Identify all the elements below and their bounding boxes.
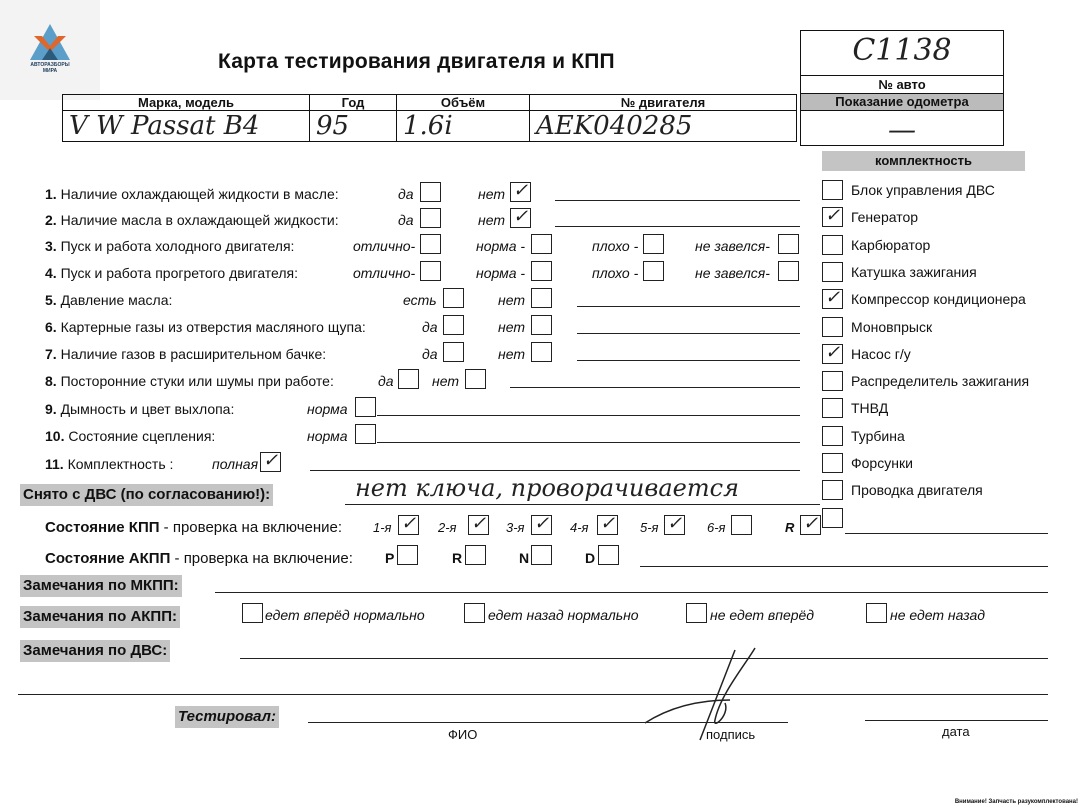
- checklist-item-text: Картерные газы из отверстия масляного щу…: [61, 319, 366, 335]
- option-checkbox[interactable]: [420, 261, 441, 281]
- gear-label: 4-я: [570, 520, 589, 535]
- gear-label: 5-я: [640, 520, 659, 535]
- check-mark-icon: ✓: [600, 515, 615, 533]
- vehicle-info-table: Марка, модель Год Объём № двигателя V W …: [62, 94, 797, 142]
- header-make-model: Марка, модель: [63, 95, 310, 111]
- odometer-value[interactable]: —: [801, 113, 1003, 146]
- option-label: да: [422, 319, 438, 335]
- tested-by-label: Тестировал:: [175, 706, 279, 728]
- checklist-item-label: 11. Комплектность :: [45, 456, 173, 472]
- komplektnost-checkbox-extra[interactable]: [822, 508, 843, 528]
- checklist-item-text: Пуск и работа прогретого двигателя:: [61, 265, 298, 281]
- footnote: Внимание! Запчасть разукомплектована!: [955, 799, 1078, 805]
- option-label: да: [398, 212, 414, 228]
- option-checkbox[interactable]: [443, 342, 464, 362]
- checklist-item-number: 3.: [45, 238, 61, 254]
- option-label: нет: [498, 346, 525, 362]
- checklist-item-text: Состояние сцепления:: [68, 428, 215, 444]
- remarks-extra-line: [18, 694, 1048, 695]
- akpp-remark-checkbox[interactable]: [686, 603, 707, 623]
- option-checkbox[interactable]: [643, 234, 664, 254]
- komplektnost-checkbox[interactable]: [822, 453, 843, 473]
- check-mark-icon: ✓: [513, 208, 528, 226]
- checklist-item-text: Дымность и цвет выхлопа:: [61, 401, 235, 417]
- option-checkbox[interactable]: [778, 261, 799, 281]
- option-label: есть: [403, 292, 437, 308]
- komplektnost-item-label: Генератор: [851, 209, 918, 225]
- option-label: плохо -: [592, 265, 638, 281]
- date-line[interactable]: [865, 720, 1048, 721]
- removed-value[interactable]: нет ключа, проворачивается: [355, 474, 739, 502]
- option-checkbox[interactable]: [531, 342, 552, 362]
- option-label: отлично-: [353, 265, 415, 281]
- akpp-remark-checkbox[interactable]: [464, 603, 485, 623]
- checklist-item-number: 5.: [45, 292, 61, 308]
- remarks-dvs-label: Замечания по ДВС:: [20, 640, 170, 662]
- checklist-item-number: 6.: [45, 319, 61, 335]
- option-checkbox[interactable]: [443, 315, 464, 335]
- komplektnost-item-label: Насос г/у: [851, 346, 911, 362]
- checklist-item-text: Пуск и работа холодного двигателя:: [61, 238, 295, 254]
- make-model-value[interactable]: V W Passat B4: [63, 111, 310, 142]
- option-checkbox[interactable]: [398, 369, 419, 389]
- header-volume: Объём: [397, 95, 530, 111]
- check-mark-icon: ✓: [534, 515, 549, 533]
- komplektnost-item-label: Компрессор кондиционера: [851, 291, 1026, 307]
- check-mark-icon: ✓: [825, 289, 840, 307]
- removed-line: [345, 504, 820, 505]
- checklist-item-label: 5. Давление масла:: [45, 292, 172, 308]
- gear-checkbox[interactable]: [731, 515, 752, 535]
- option-label: нет: [498, 292, 525, 308]
- komplektnost-item-label: Турбина: [851, 428, 905, 444]
- header-engine-number: № двигателя: [530, 95, 797, 111]
- check-mark-icon: ✓: [825, 207, 840, 225]
- akpp-remark-label: едет вперёд нормально: [265, 607, 425, 623]
- checklist-item-label: 8. Посторонние стуки или шумы при работе…: [45, 373, 334, 389]
- check-mark-icon: ✓: [667, 515, 682, 533]
- kpp-label: Состояние КПП - проверка на включение:: [45, 519, 342, 536]
- checklist-item-label: 9. Дымность и цвет выхлопа:: [45, 401, 234, 417]
- fio-label: ФИО: [448, 727, 477, 742]
- option-checkbox[interactable]: [420, 182, 441, 202]
- option-label: отлично-: [353, 238, 415, 254]
- akpp-remark-checkbox[interactable]: [866, 603, 887, 623]
- komplektnost-checkbox[interactable]: [822, 262, 843, 282]
- option-checkbox[interactable]: [778, 234, 799, 254]
- date-label: дата: [942, 724, 970, 739]
- gear-label: 3-я: [506, 520, 525, 535]
- komplektnost-item-label: ТНВД: [851, 400, 888, 416]
- check-mark-icon: ✓: [513, 182, 528, 200]
- gear-label: 1-я: [373, 520, 392, 535]
- akpp-position-checkbox[interactable]: [465, 545, 486, 565]
- akpp-position-label: D: [585, 550, 595, 566]
- option-label: да: [378, 373, 394, 389]
- option-label: полная: [212, 456, 258, 472]
- checklist-item-number: 7.: [45, 346, 61, 362]
- option-label: нет: [498, 319, 525, 335]
- checklist-item-label: 10. Состояние сцепления:: [45, 428, 215, 444]
- akpp-position-checkbox[interactable]: [397, 545, 418, 565]
- komplektnost-checkbox[interactable]: [822, 398, 843, 418]
- komplektnost-checkbox[interactable]: [822, 235, 843, 255]
- checklist-item-text: Наличие газов в расширительном бачке:: [61, 346, 327, 362]
- removed-label: Снято с ДВС (по согласованию!):: [20, 484, 273, 506]
- option-checkbox[interactable]: [355, 397, 376, 417]
- checklist-item-text: Давление масла:: [61, 292, 173, 308]
- option-label: плохо -: [592, 238, 638, 254]
- checklist-item-label: 1. Наличие охлаждающей жидкости в масле:: [45, 186, 339, 202]
- option-label: норма: [307, 401, 348, 417]
- komplektnost-item-label: Катушка зажигания: [851, 264, 977, 280]
- komplektnost-heading: комплектность: [822, 151, 1025, 171]
- komplektnost-item-label: Распределитель зажигания: [851, 373, 1029, 389]
- checklist-item-text: Комплектность :: [68, 456, 174, 472]
- komplektnost-item-label: Проводка двигателя: [851, 482, 983, 498]
- kpp-line: [845, 533, 1048, 534]
- notes-line[interactable]: [555, 226, 800, 227]
- option-label: норма: [307, 428, 348, 444]
- vehicle-number-box: C1138 № авто Показание одометра —: [800, 30, 1004, 146]
- gear-label: 2-я: [438, 520, 457, 535]
- check-mark-icon: ✓: [803, 515, 818, 533]
- notes-line[interactable]: [555, 200, 800, 201]
- notes-line[interactable]: [377, 442, 800, 443]
- option-checkbox[interactable]: [531, 261, 552, 281]
- option-checkbox[interactable]: [420, 208, 441, 228]
- akpp-remark-label: едет назад нормально: [488, 607, 639, 623]
- checklist-item-label: 4. Пуск и работа прогретого двигателя:: [45, 265, 298, 281]
- notes-line[interactable]: [577, 360, 800, 361]
- option-label: норма -: [476, 238, 525, 254]
- checklist-item-number: 10.: [45, 428, 68, 444]
- odometer-label: Показание одометра: [801, 93, 1003, 111]
- check-mark-icon: ✓: [471, 515, 486, 533]
- option-label: норма -: [476, 265, 525, 281]
- checklist-item-number: 11.: [45, 456, 68, 472]
- header-year: Год: [310, 95, 397, 111]
- check-mark-icon: ✓: [263, 452, 278, 470]
- notes-line[interactable]: [577, 333, 800, 334]
- engine-number-value[interactable]: AEK040285: [530, 111, 797, 142]
- akpp-label: Состояние АКПП - проверка на включение:: [45, 550, 353, 567]
- option-label: нет: [478, 186, 505, 202]
- gear-label: 6-я: [707, 520, 726, 535]
- checklist-item-number: 2.: [45, 212, 61, 228]
- vehicle-number-value[interactable]: C1138: [801, 33, 1003, 68]
- option-checkbox[interactable]: [531, 288, 552, 308]
- option-checkbox[interactable]: [355, 424, 376, 444]
- akpp-position-label: P: [385, 550, 394, 566]
- komplektnost-checkbox[interactable]: [822, 426, 843, 446]
- logo-mark-icon: [28, 22, 72, 62]
- check-mark-icon: ✓: [401, 515, 416, 533]
- akpp-position-label: N: [519, 550, 529, 566]
- checklist-item-label: 3. Пуск и работа холодного двигателя:: [45, 238, 294, 254]
- checklist-item-label: 2. Наличие масла в охлаждающей жидкости:: [45, 212, 339, 228]
- checklist-item-number: 4.: [45, 265, 61, 281]
- option-label: не завелся-: [695, 265, 770, 281]
- akpp-position-checkbox[interactable]: [598, 545, 619, 565]
- akpp-remark-label: не едет назад: [890, 607, 985, 623]
- checklist-item-label: 6. Картерные газы из отверстия масляного…: [45, 319, 366, 335]
- komplektnost-checkbox[interactable]: [822, 180, 843, 200]
- komplektnost-checkbox[interactable]: [822, 317, 843, 337]
- notes-line[interactable]: [377, 415, 800, 416]
- komplektnost-item-label: Карбюратор: [851, 237, 930, 253]
- komplektnost-checkbox[interactable]: [822, 371, 843, 391]
- notes-line[interactable]: [510, 387, 800, 388]
- option-label: да: [398, 186, 414, 202]
- option-label: нет: [478, 212, 505, 228]
- komplektnost-item-label: Форсунки: [851, 455, 913, 471]
- akpp-remark-checkbox[interactable]: [242, 603, 263, 623]
- option-checkbox[interactable]: [465, 369, 486, 389]
- page-title: Карта тестирования двигателя и КПП: [218, 50, 615, 74]
- option-checkbox[interactable]: [443, 288, 464, 308]
- option-checkbox[interactable]: [531, 234, 552, 254]
- remarks-mkpp-line: [215, 592, 1048, 593]
- notes-line[interactable]: [310, 470, 800, 471]
- akpp-line: [640, 566, 1048, 567]
- checklist-item-text: Наличие охлаждающей жидкости в масле:: [61, 186, 339, 202]
- komplektnost-item-label: Блок управления ДВС: [851, 182, 995, 198]
- komplektnost-item-label: Моновпрыск: [851, 319, 932, 335]
- komplektnost-checkbox[interactable]: [822, 480, 843, 500]
- checklist-item-number: 9.: [45, 401, 61, 417]
- vehicle-number-label: № авто: [801, 75, 1003, 92]
- year-value[interactable]: 95: [310, 111, 397, 142]
- checklist-item-text: Посторонние стуки или шумы при работе:: [61, 373, 334, 389]
- notes-line[interactable]: [577, 306, 800, 307]
- option-label: не завелся-: [695, 238, 770, 254]
- option-checkbox[interactable]: [643, 261, 664, 281]
- akpp-remark-label: не едет вперёд: [710, 607, 814, 623]
- checklist-item-number: 1.: [45, 186, 61, 202]
- akpp-position-checkbox[interactable]: [531, 545, 552, 565]
- volume-value[interactable]: 1.6i: [397, 111, 530, 142]
- remarks-akpp-label: Замечания по АКПП:: [20, 606, 180, 628]
- akpp-position-label: R: [452, 550, 462, 566]
- checklist-item-label: 7. Наличие газов в расширительном бачке:: [45, 346, 326, 362]
- option-checkbox[interactable]: [420, 234, 441, 254]
- gear-label: R: [785, 520, 794, 535]
- logo-text: АВТОРАЗБОРЫ МИРА: [0, 62, 100, 74]
- remarks-mkpp-label: Замечания по МКПП:: [20, 575, 182, 597]
- option-checkbox[interactable]: [531, 315, 552, 335]
- logo: АВТОРАЗБОРЫ МИРА: [0, 0, 100, 100]
- check-mark-icon: ✓: [825, 344, 840, 362]
- option-label: да: [422, 346, 438, 362]
- option-label: нет: [432, 373, 459, 389]
- checklist-item-text: Наличие масла в охлаждающей жидкости:: [61, 212, 339, 228]
- signature-scribble-icon: [640, 645, 760, 745]
- checklist-item-number: 8.: [45, 373, 61, 389]
